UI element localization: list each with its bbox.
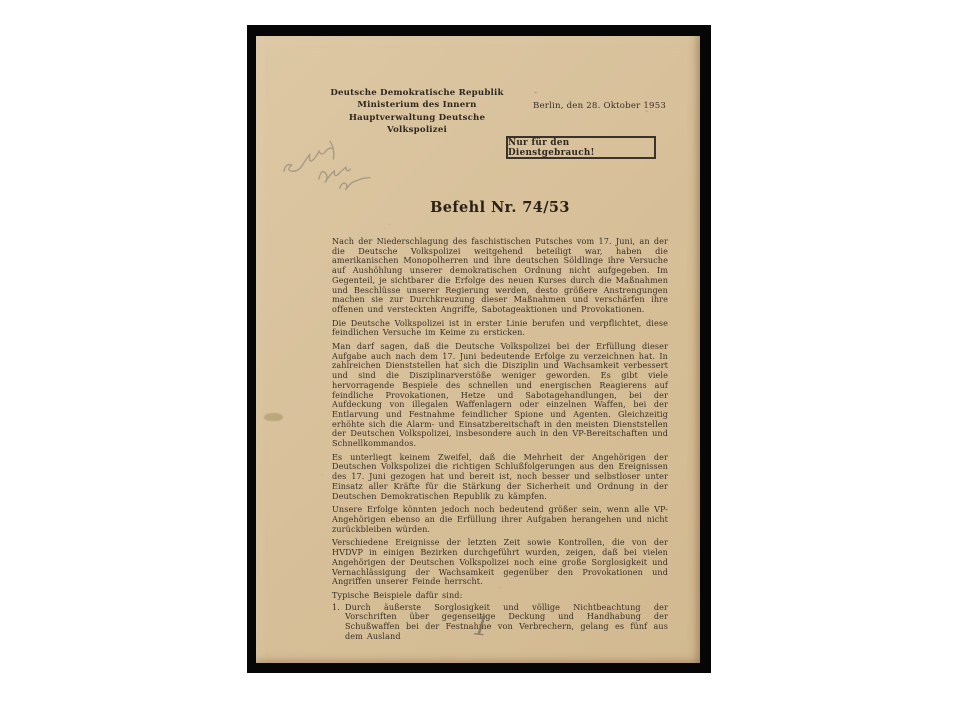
handwritten-pencil-note-icon — [278, 134, 398, 196]
document-page: Deutsche Demokratische Republik Minister… — [256, 36, 700, 663]
paragraph: Verschiedene Ereignisse der letzten Zeit… — [332, 538, 668, 587]
issuer-line-1: Deutsche Demokratische Republik — [326, 87, 508, 99]
issuer-line-3: Hauptverwaltung Deutsche Volkspolizei — [326, 112, 508, 137]
paper-stain — [264, 413, 283, 421]
document-body: Nach der Niederschlagung des faschistisc… — [332, 237, 668, 641]
paragraph: Die Deutsche Volkspolizei ist in erster … — [332, 319, 668, 338]
restriction-stamp-label: Nur für den Dienstgebrauch! — [508, 138, 654, 158]
paragraph: Man darf sagen, daß die Deutsche Volkspo… — [332, 342, 668, 449]
restriction-stamp: Nur für den Dienstgebrauch! — [506, 136, 656, 159]
paragraph: Unsere Erfolge könnten jedoch noch bedeu… — [332, 505, 668, 534]
list-item-number: 1. — [332, 603, 340, 613]
document-title: Befehl Nr. 74/53 — [332, 199, 668, 216]
paragraph: Nach der Niederschlagung des faschistisc… — [332, 237, 668, 315]
paragraph: Es unterliegt keinem Zweifel, daß die Me… — [332, 453, 668, 502]
page-background: { "colors": { "page_background": "#fffff… — [0, 0, 957, 701]
scanned-photo-frame: Deutsche Demokratische Republik Minister… — [247, 25, 711, 673]
issuer-block: Deutsche Demokratische Republik Minister… — [326, 87, 508, 136]
handwritten-page-mark: 1 — [464, 611, 497, 648]
list-intro: Typische Beispiele dafür sind: — [332, 591, 668, 601]
list-item-text: Durch äußerste Sorglosigkeit und völlige… — [345, 602, 668, 641]
dateline: Berlin, den 28. Oktober 1953 — [533, 101, 683, 111]
list-item: 1. Durch äußerste Sorglosigkeit und völl… — [332, 603, 668, 642]
issuer-line-2: Ministerium des Innern — [326, 99, 508, 111]
